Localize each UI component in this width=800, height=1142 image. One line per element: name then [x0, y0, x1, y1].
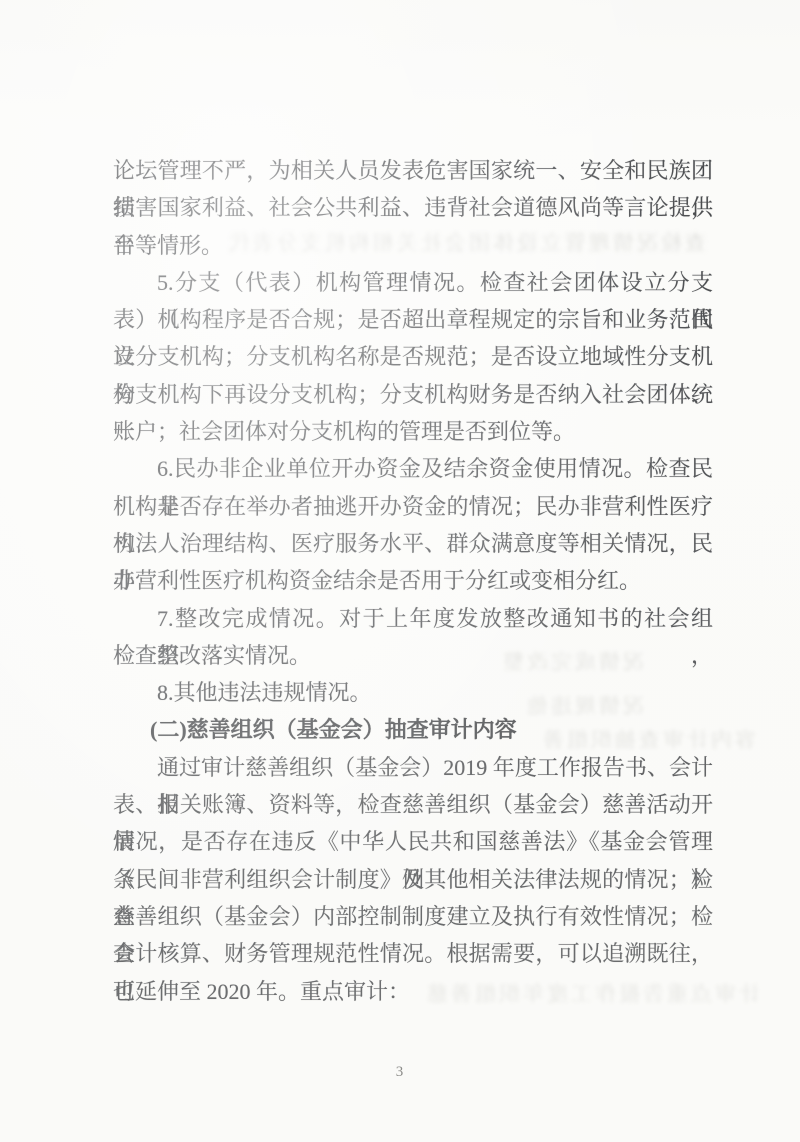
text-line: 台等情形。 [113, 227, 713, 264]
document-text-block: 论坛管理不严，为相关人员发表危害国家统一、安全和民族团结， 损害国家利益、社会公… [113, 152, 713, 1010]
text-line: 会计核算、财务管理规范性情况。根据需要，可以追溯既往，也 [113, 935, 713, 972]
text-line: 构法人治理结构、医疗服务水平、群众满意度等相关情况，民办 [113, 525, 713, 562]
text-line: 慈善组织（基金会）内部控制制度建立及执行有效性情况；检查 [113, 898, 713, 935]
text-line: 分支机构下再设分支机构；分支机构财务是否纳入社会团体统一 [113, 376, 713, 413]
text-line: 《民间非营利组织会计制度》及其他相关法律法规的情况；检查 [113, 861, 713, 898]
section-heading: (二)慈善组织（基金会）抽查审计内容 [113, 711, 713, 748]
page-number: 3 [0, 1064, 800, 1081]
document-page: 论坛管理不严，为相关人员发表危害国家统一、安全和民族团结， 损害国家利益、社会公… [0, 0, 800, 1142]
text-line: 机构是否存在举办者抽逃开办资金的情况；民办非营利性医疗机 [113, 488, 713, 525]
text-line: 论坛管理不严，为相关人员发表危害国家统一、安全和民族团结， [113, 152, 713, 189]
text-line: 可延伸至 2020 年。重点审计： [113, 973, 713, 1010]
text-line: 情况，是否存在违反《中华人民共和国慈善法》《基金会管理条例》 [113, 823, 713, 860]
text-line: 通过审计慈善组织（基金会）2019 年度工作报告书、会计报 [113, 749, 713, 786]
text-line-item-6: 6.民办非企业单位开办资金及结余资金使用情况。检查民非 [113, 450, 713, 487]
text-line: 立分支机构；分支机构名称是否规范；是否设立地域性分支机构、 [113, 338, 713, 375]
text-line: 非营利性医疗机构资金结余是否用于分红或变相分红。 [113, 562, 713, 599]
text-line: 损害国家利益、社会公共利益、违背社会道德风尚等言论提供平 [113, 189, 713, 226]
text-line: 表）机构程序是否合规；是否超出章程规定的宗旨和业务范围设 [113, 301, 713, 338]
text-line-item-5: 5.分支（代表）机构管理情况。检查社会团体设立分支（代 [113, 264, 713, 301]
text-line: 账户；社会团体对分支机构的管理是否到位等。 [113, 413, 713, 450]
text-line-item-7: 7.整改完成情况。对于上年度发放整改通知书的社会组织， [113, 600, 713, 637]
text-line: 表、相关账簿、资料等，检查慈善组织（基金会）慈善活动开展 [113, 786, 713, 823]
text-line-item-8: 8.其他违法违规情况。 [113, 674, 713, 711]
